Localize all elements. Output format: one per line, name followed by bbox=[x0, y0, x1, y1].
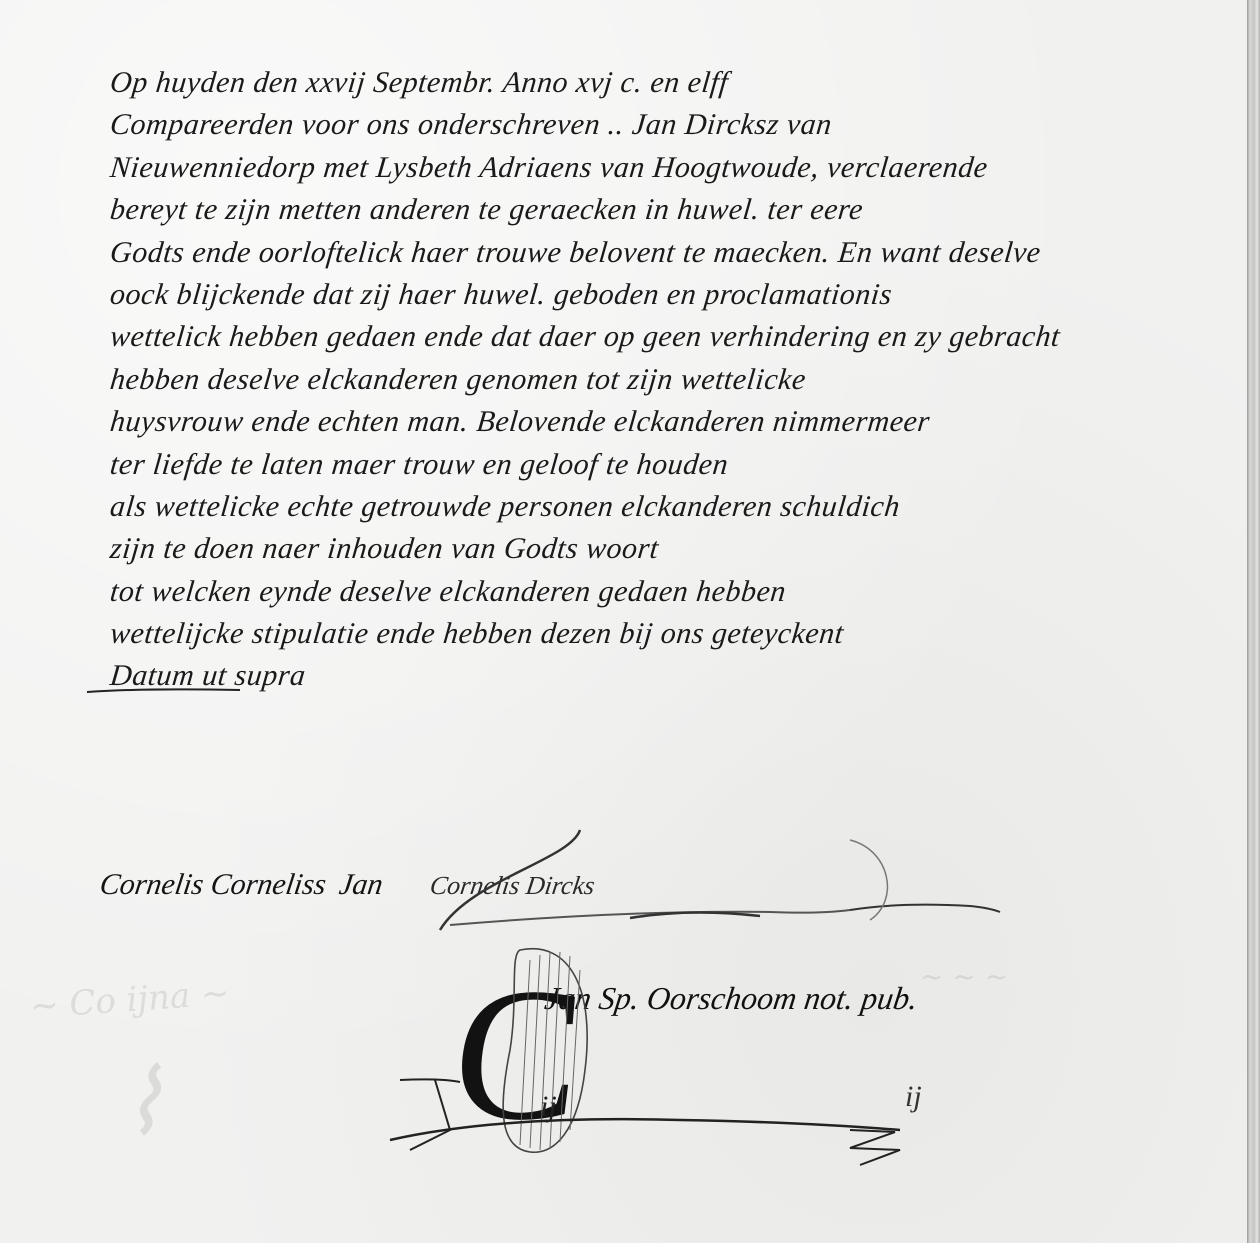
paraph-marks-2: ij bbox=[905, 1080, 922, 1114]
text-line-15: Datum ut supra bbox=[108, 655, 1242, 697]
signature-notary: Jan Sp. Oorschoom not. pub. bbox=[542, 980, 920, 1017]
bleed-through-text: ~ Co ijna ~ bbox=[29, 973, 231, 1027]
text-line-12: zijn te doen naer inhouden van Godts woo… bbox=[108, 528, 1242, 570]
text-line-3: Nieuwenniedorp met Lysbeth Adriaens van … bbox=[108, 147, 1242, 189]
text-line-2: Compareerden voor ons onderschreven .. J… bbox=[108, 104, 1242, 146]
text-line-9: huysvrouw ende echten man. Belovende elc… bbox=[108, 401, 1242, 443]
page-gutter-edge bbox=[1247, 0, 1260, 1243]
paraph-marks-1: ij bbox=[540, 1090, 557, 1124]
text-line-7: wettelick hebben gedaen ende dat daer op… bbox=[108, 316, 1242, 358]
signature-cornelis-corneliss: Cornelis Corneliss bbox=[98, 868, 329, 901]
text-line-5: Godts ende oorloftelick haer trouwe belo… bbox=[108, 232, 1242, 274]
body-text: Op huyden den xxvij Septembr. Anno xvj c… bbox=[108, 62, 1238, 698]
signature-row: Cornelis Corneliss Jan Cornelis Dircks bbox=[98, 868, 597, 902]
text-line-11: als wettelicke echte getrouwde personen … bbox=[108, 486, 1242, 528]
text-line-10: ter liefde te laten maer trouw en geloof… bbox=[108, 444, 1242, 486]
text-line-6: oock blijckende dat zij haer huwel. gebo… bbox=[108, 274, 1242, 316]
bleed-through-sketch: ⌇ bbox=[120, 1050, 164, 1155]
text-line-4: bereyt te zijn metten anderen te geraeck… bbox=[108, 189, 1242, 231]
text-line-13: tot welcken eynde deselve elckanderen ge… bbox=[108, 571, 1242, 613]
text-line-8: hebben deselve elckanderen genomen tot z… bbox=[108, 359, 1242, 401]
text-line-14: wettelijcke stipulatie ende hebben dezen… bbox=[108, 613, 1242, 655]
signature-jan: Jan bbox=[337, 868, 385, 901]
signature-cornelis-dircks: Cornelis Dircks bbox=[428, 871, 596, 900]
manuscript-page: ~ Co ijna ~ ⌇ ~ ~ ~ Op huyden den xxvij … bbox=[0, 0, 1247, 1243]
bleed-through-text: ~ ~ ~ bbox=[920, 960, 1008, 993]
text-line-1: Op huyden den xxvij Septembr. Anno xvj c… bbox=[108, 62, 1242, 104]
